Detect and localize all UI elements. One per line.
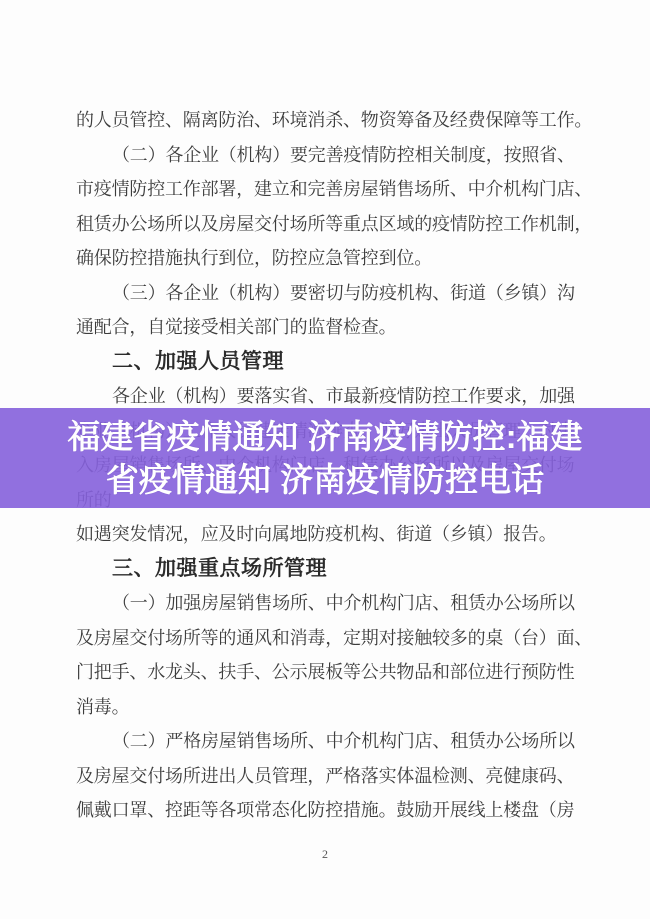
section-heading: 三、加强重点场所管理 — [76, 552, 590, 587]
text-line: 市疫情防控工作部署，建立和完善房屋销售场所、中介机构门店、 — [76, 172, 590, 207]
text-line: （二）各企业（机构）要完善疫情防控相关制度，按照省、 — [76, 138, 590, 173]
text-line: （三）各企业（机构）要密切与防疫机构、街道（乡镇）沟 — [76, 276, 590, 311]
text-line: 通配合，自觉接受相关部门的监督检查。 — [76, 310, 590, 345]
text-line: 消毒。 — [76, 690, 590, 725]
text-line: 门把手、水龙头、扶手、公示展板等公共物品和部位进行预防性 — [76, 655, 590, 690]
page-number: 2 — [0, 847, 650, 862]
text-line: 佩戴口罩、控距等各项常态化防控措施。鼓励开展线上楼盘（房 — [76, 793, 590, 828]
headline-overlay-banner: 福建省疫情通知 济南疫情防控:福建省疫情通知 济南疫情防控电话 — [0, 408, 650, 508]
text-line: （二）严格房屋销售场所、中介机构门店、租赁办公场所以 — [76, 724, 590, 759]
text-line: 及房屋交付场所进出人员管理，严格落实体温检测、亮健康码、 — [76, 759, 590, 794]
text-line: （一）加强房屋销售场所、中介机构门店、租赁办公场所以 — [76, 586, 590, 621]
headline-text: 福建省疫情通知 济南疫情防控:福建 — [67, 415, 582, 458]
headline-text: 省疫情通知 济南疫情防控电话 — [106, 458, 544, 501]
text-line: 及房屋交付场所等的通风和消毒，定期对接触较多的桌（台）面、 — [76, 621, 590, 656]
text-line: 租赁办公场所以及房屋交付场所等重点区域的疫情防控工作机制， — [76, 207, 590, 242]
text-line: 如遇突发情况，应及时向属地防疫机构、街道（乡镇）报告。 — [76, 517, 590, 552]
text-line: 确保防控措施执行到位，防控应急管控到位。 — [76, 241, 590, 276]
section-heading: 二、加强人员管理 — [76, 345, 590, 380]
scanned-document-page: 的人员管控、隔离防治、环境消杀、物资筹备及经费保障等工作。（二）各企业（机构）要… — [0, 0, 650, 919]
text-line: 的人员管控、隔离防治、环境消杀、物资筹备及经费保障等工作。 — [76, 103, 590, 138]
